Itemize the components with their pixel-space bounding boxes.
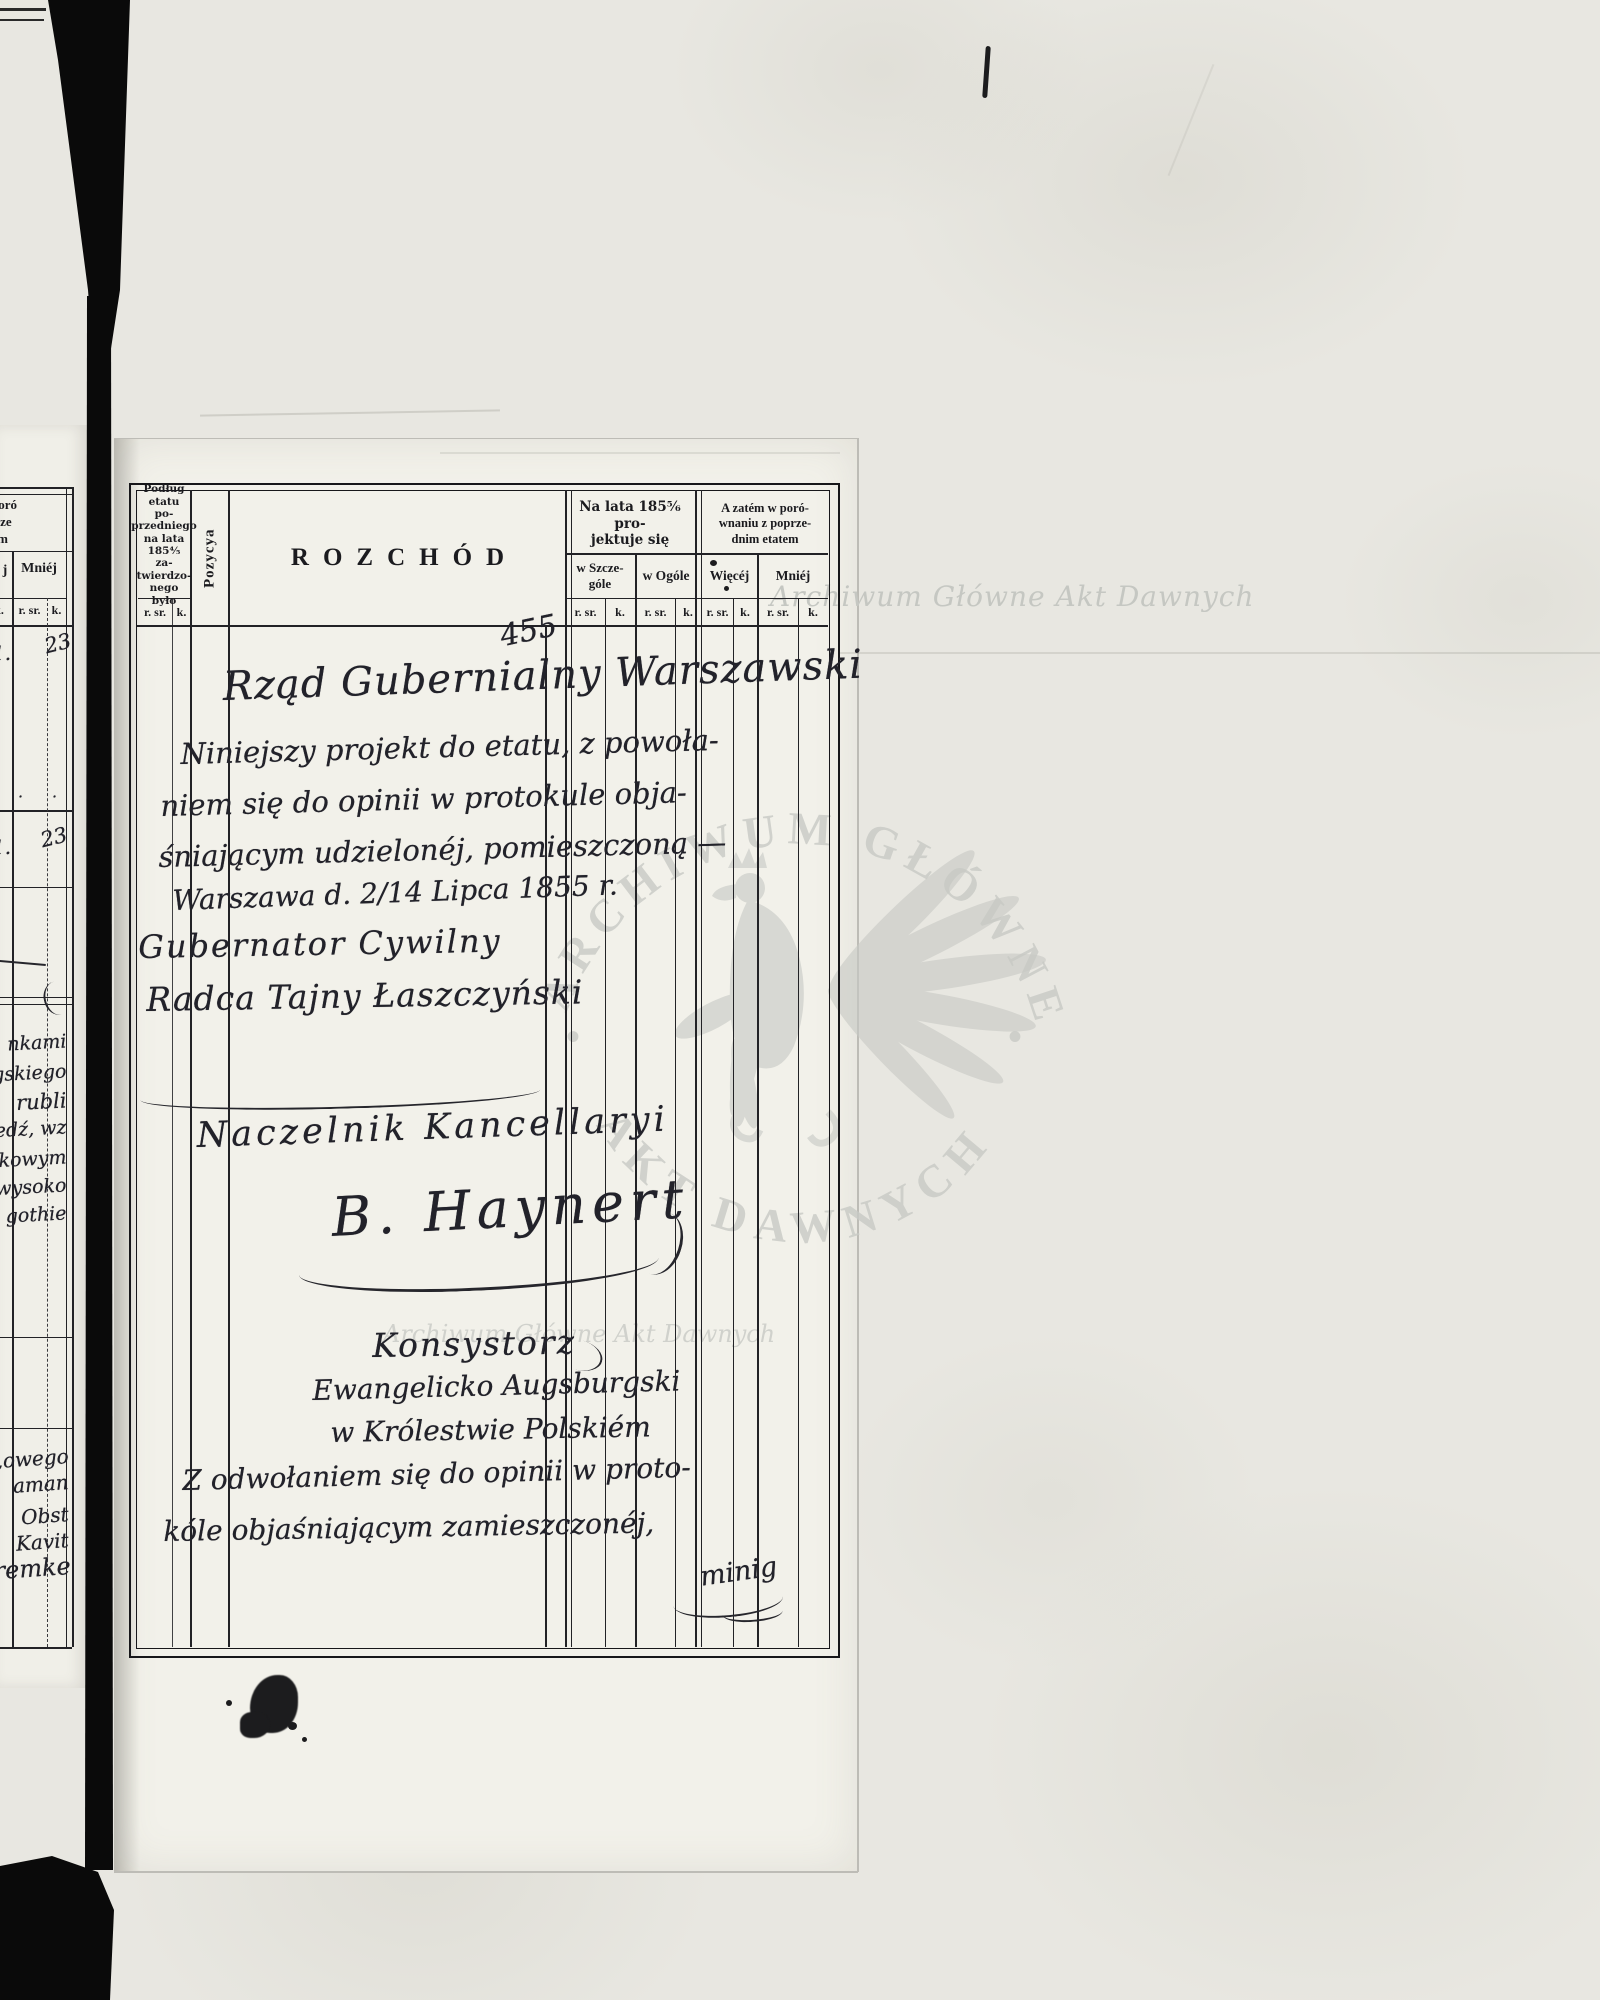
table-rule-v: [733, 598, 734, 1647]
unit-rsr: r. sr.: [703, 600, 732, 624]
header-line: jektuje się: [591, 532, 669, 549]
top-left-page-line: [0, 8, 46, 11]
header-line: w Szcze-: [576, 560, 623, 576]
unit-k: k.: [676, 600, 700, 624]
group-projected-header: Na lata 185⁵⁄₆ pro- jektuje się: [567, 496, 693, 552]
header-line: etatu po-: [139, 496, 189, 521]
col-rozchod-header: ROZCHÓD: [230, 492, 565, 624]
header-line: Na lata 185⁵⁄₆ pro-: [567, 499, 693, 533]
col-mniej-header: Mniéj: [759, 556, 827, 596]
group-compare-header: A zatém w poró- wnaniu z poprze- dnim et…: [703, 496, 827, 552]
ink-speck: [302, 1737, 307, 1742]
ink-speck: [288, 1722, 297, 1730]
table-rule: [137, 625, 828, 627]
crease-line: [840, 652, 1600, 654]
header-line: twierdzo-: [137, 570, 192, 582]
unit-rsr: r. sr.: [138, 600, 172, 624]
col-prev-etat-header: Podług etatu po- przedniego na lata 185⁴…: [139, 494, 189, 596]
ink-speck: [226, 1700, 232, 1706]
header-line: Podług: [144, 483, 185, 495]
header-line: na lata: [144, 533, 185, 545]
unit-k: k.: [606, 600, 634, 624]
header-line: A zatém w poró-: [721, 501, 809, 517]
crease-line: [440, 452, 840, 454]
unit-k: k.: [799, 600, 827, 624]
unit-rsr: r. sr.: [637, 600, 674, 624]
hw-konsystorz-line3: w Królestwie Polskiém: [330, 1410, 651, 1449]
col-pozycya-header: Pozycya: [192, 492, 228, 624]
col-ogole-header: w Ogóle: [637, 556, 695, 596]
ink-speck: [724, 586, 729, 591]
top-left-page-line: [0, 19, 44, 21]
header-line: góle: [589, 576, 611, 592]
table-rule: [566, 553, 828, 555]
hw-governor-signature: Radca Tajny Łaszczyński: [146, 972, 584, 1019]
unit-rsr: r. sr.: [567, 600, 604, 624]
ink-speck: [710, 560, 717, 566]
hw-konsystorz: Konsystorz: [372, 1322, 576, 1365]
header-line: przedniego: [131, 520, 197, 532]
col-szczegole-header: w Szcze- góle: [567, 556, 633, 596]
table-rule-v: [798, 598, 799, 1647]
header-line: 185⁴⁄₅ za-: [139, 545, 189, 570]
table-rule-v: [757, 553, 759, 1647]
header-line: wnaniu z poprze-: [719, 516, 811, 532]
table-rule-v: [172, 598, 173, 1647]
binding-gutter: [84, 296, 114, 1870]
header-line: dnim etatem: [732, 532, 799, 548]
unit-k: k.: [734, 600, 756, 624]
hw-governor-title: Gubernator Cywilny: [138, 922, 502, 966]
unit-k: k.: [173, 600, 190, 624]
unit-rsr: r. sr.: [759, 600, 797, 624]
